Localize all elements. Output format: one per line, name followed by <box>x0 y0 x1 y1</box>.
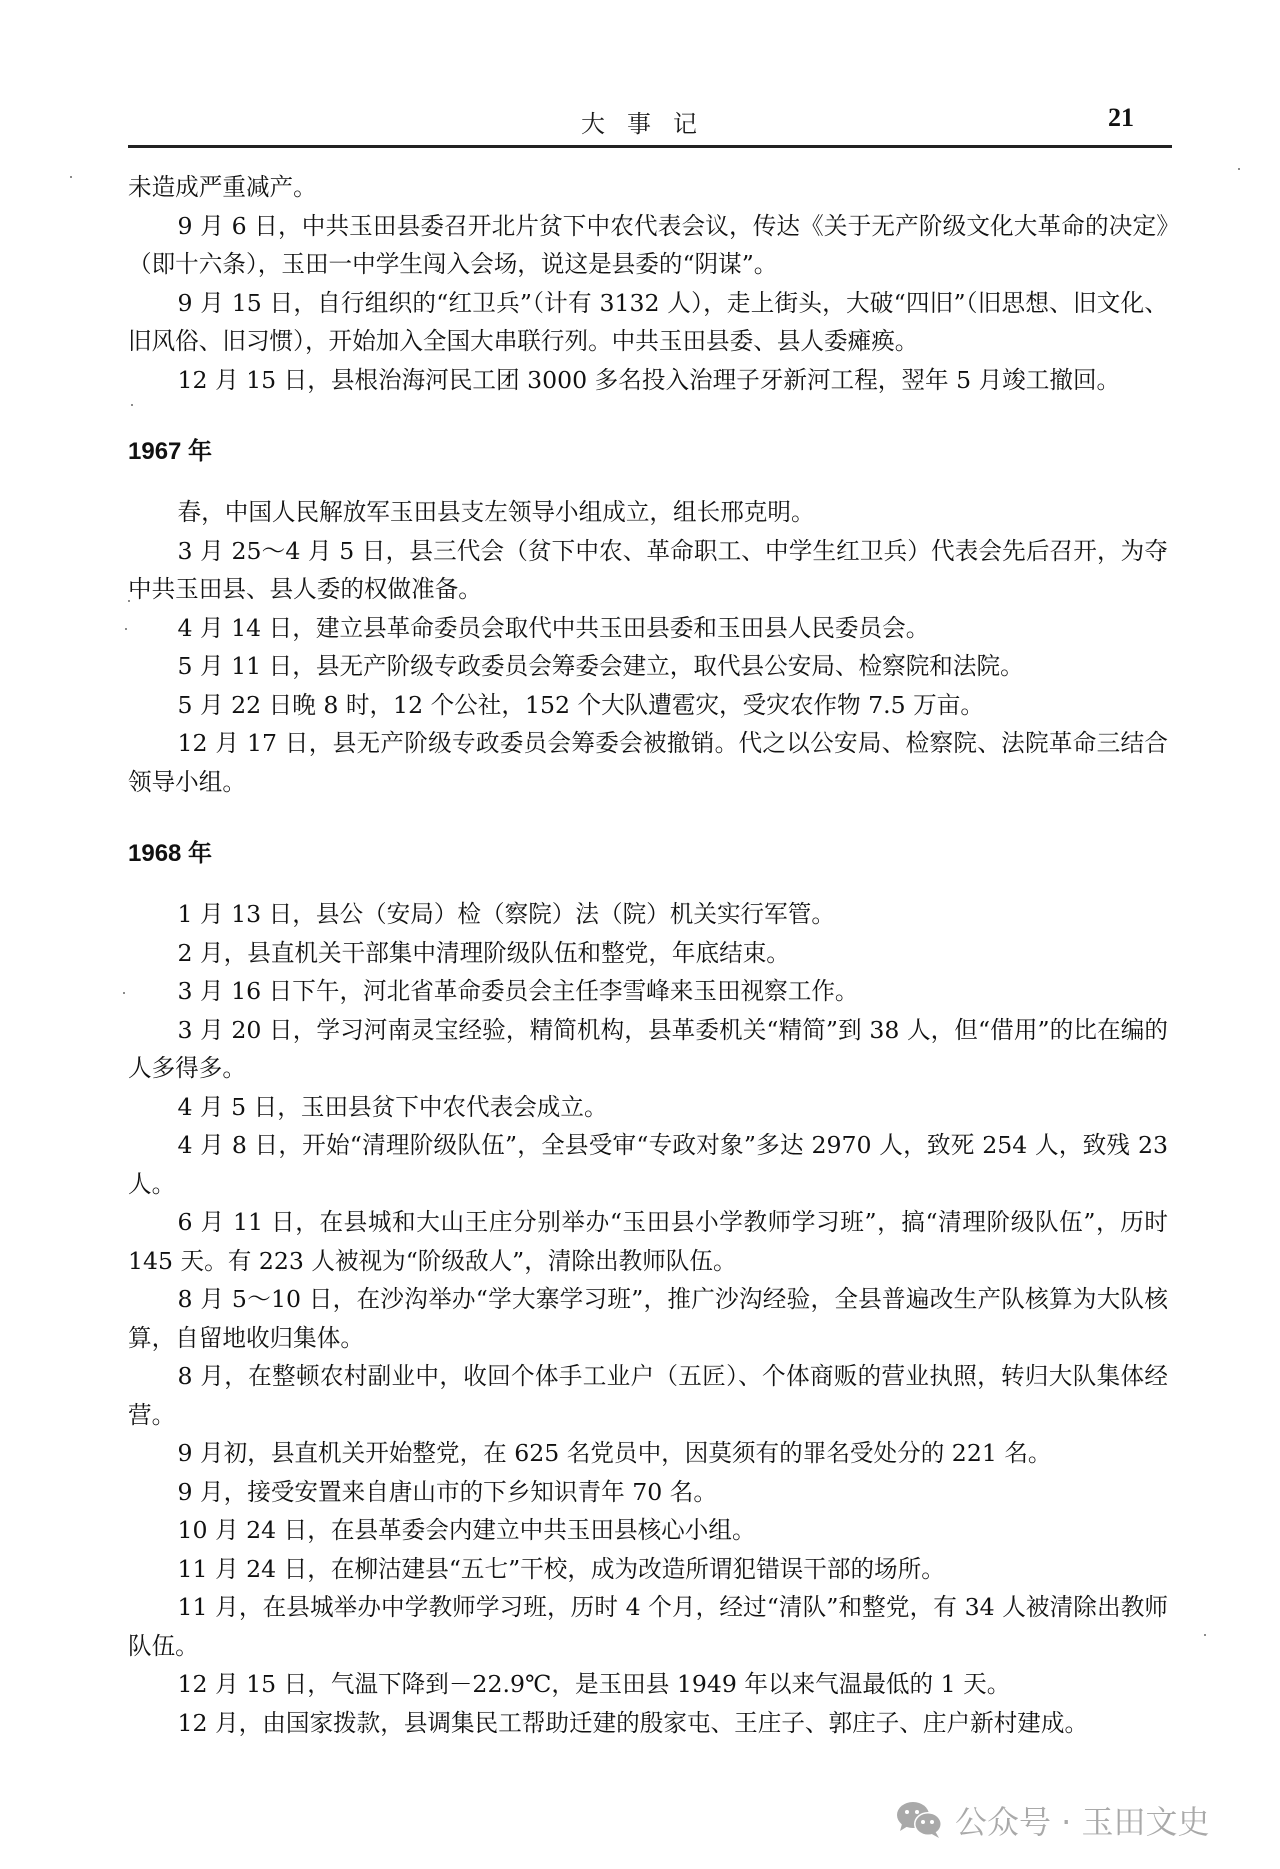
scan-speck <box>1238 168 1240 170</box>
entry-1967: 5 月 22 日晚 8 时，12 个公社，152 个大队遭雹灾，受灾农作物 7.… <box>128 686 1168 725</box>
entry-1968: 3 月 16 日下午，河北省革命委员会主任李雪峰来玉田视察工作。 <box>128 972 1168 1011</box>
paragraph-continuation: 未造成严重减产。 <box>128 168 1168 207</box>
watermark-text: 公众号 · 玉田文史 <box>955 1797 1210 1843</box>
scan-speck <box>70 176 72 178</box>
header-rule <box>128 145 1172 148</box>
entry-1967: 4 月 14 日，建立县革命委员会取代中共玉田县委和玉田县人民委员会。 <box>128 609 1168 648</box>
scan-speck <box>131 404 133 406</box>
page-number: 21 <box>1108 103 1134 133</box>
year-heading-1967: 1967 年 <box>128 433 1168 471</box>
scan-speck <box>1204 1634 1206 1636</box>
entry-1968: 8 月 5～10 日，在沙沟举办“学大寨学习班”，推广沙沟经验，全县普遍改生产队… <box>128 1280 1168 1357</box>
entry-1968: 8 月，在整顿农村副业中，收回个体手工业户（五匠）、个体商贩的营业执照，转归大队… <box>128 1357 1168 1434</box>
entry-1968: 1 月 13 日，县公（安局）检（察院）法（院）机关实行军管。 <box>128 895 1168 934</box>
entry-1968: 3 月 20 日，学习河南灵宝经验，精简机构，县革委机关“精简”到 38 人，但… <box>128 1011 1168 1088</box>
wechat-icon <box>895 1800 945 1840</box>
entry-1966-sep-6: 9 月 6 日，中共玉田县委召开北片贫下中农代表会议，传达《关于无产阶级文化大革… <box>128 207 1168 284</box>
entry-1968: 4 月 8 日，开始“清理阶级队伍”，全县受审“专政对象”多达 2970 人，致… <box>128 1126 1168 1203</box>
chronicle-body: 未造成严重减产。 9 月 6 日，中共玉田县委召开北片贫下中农代表会议，传达《关… <box>128 168 1168 1742</box>
entry-1968: 9 月初，县直机关开始整党，在 625 名党员中，因莫须有的罪名受处分的 221… <box>128 1434 1168 1473</box>
document-page: 大事记 21 未造成严重减产。 9 月 6 日，中共玉田县委召开北片贫下中农代表… <box>0 0 1280 1869</box>
entry-1966-dec-15: 12 月 15 日，县根治海河民工团 3000 多名投入治理子牙新河工程，翌年 … <box>128 361 1168 400</box>
entry-1968: 12 月 15 日，气温下降到－22.9℃，是玉田县 1949 年以来气温最低的… <box>128 1665 1168 1704</box>
scan-speck <box>128 600 130 602</box>
scan-speck <box>123 992 125 994</box>
entry-1968: 2 月，县直机关干部集中清理阶级队伍和整党，年底结束。 <box>128 934 1168 973</box>
entry-1968: 9 月，接受安置来自唐山市的下乡知识青年 70 名。 <box>128 1473 1168 1512</box>
running-header-title: 大事记 <box>560 104 740 139</box>
entry-1968: 10 月 24 日，在县革委会内建立中共玉田县核心小组。 <box>128 1511 1168 1550</box>
entry-1967: 3 月 25～4 月 5 日，县三代会（贫下中农、革命职工、中学生红卫兵）代表会… <box>128 532 1168 609</box>
entry-1966-sep-15: 9 月 15 日，自行组织的“红卫兵”（计有 3132 人），走上街头，大破“四… <box>128 284 1168 361</box>
entry-1967: 春，中国人民解放军玉田县支左领导小组成立，组长邢克明。 <box>128 493 1168 532</box>
entry-1967: 5 月 11 日，县无产阶级专政委员会筹委会建立，取代县公安局、检察院和法院。 <box>128 647 1168 686</box>
year-heading-1968: 1968 年 <box>128 835 1168 873</box>
entry-1968: 11 月 24 日，在柳沽建县“五七”干校，成为改造所谓犯错误干部的场所。 <box>128 1550 1168 1589</box>
entry-1967: 12 月 17 日，县无产阶级专政委员会筹委会被撤销。代之以公安局、检察院、法院… <box>128 724 1168 801</box>
entry-1968: 6 月 11 日，在县城和大山王庄分别举办“玉田县小学教师学习班”，搞“清理阶级… <box>128 1203 1168 1280</box>
scan-speck <box>125 628 127 630</box>
entry-1968: 4 月 5 日，玉田县贫下中农代表会成立。 <box>128 1088 1168 1127</box>
entry-1968: 11 月，在县城举办中学教师学习班，历时 4 个月，经过“清队”和整党，有 34… <box>128 1588 1168 1665</box>
wechat-watermark: 公众号 · 玉田文史 <box>895 1798 1210 1842</box>
entry-1968: 12 月，由国家拨款，县调集民工帮助迁建的殷家屯、王庄子、郭庄子、庄户新村建成。 <box>128 1704 1168 1743</box>
